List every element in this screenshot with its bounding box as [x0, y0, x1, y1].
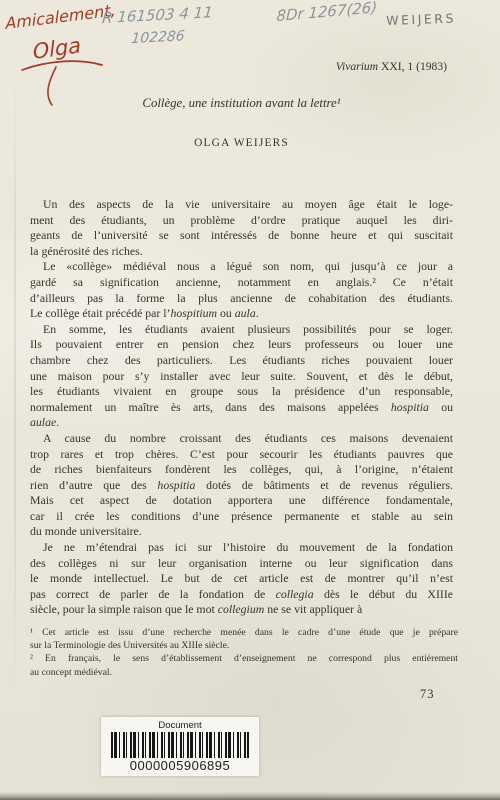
- barcode-sticker-label: Document: [101, 720, 259, 731]
- footnotes: ¹ Cet article est issu d’une recherche m…: [30, 626, 458, 679]
- handwritten-dedication: Amicalement,: [5, 0, 116, 33]
- accession-number-2: 102286: [131, 28, 186, 47]
- barcode-number: 0000005906895: [101, 758, 259, 774]
- journal-citation: Vivarium XXI, 1 (1983): [336, 60, 447, 73]
- paragraph-2: Le «collège» médiéval nous a légué son n…: [30, 259, 453, 321]
- article-title: Collège, une institution avant la lettre…: [30, 96, 453, 111]
- paragraph-1: Un des aspects de la vie universitaire a…: [30, 197, 453, 259]
- footnote-2: ² En français, le sens d’établissement d…: [30, 652, 458, 678]
- page-number: 73: [420, 687, 435, 702]
- article-author: OLGA WEIJERS: [30, 137, 453, 149]
- page-bottom-edge: [0, 792, 500, 800]
- scan-crease: [14, 70, 16, 690]
- penciled-author-name: WEIJERS: [386, 11, 456, 28]
- shelfmark-annotation: 8Dr 1267(26): [276, 0, 378, 25]
- footnote-1: ¹ Cet article est issu d’une recherche m…: [30, 626, 458, 652]
- barcode-sticker: Document 0000005906895: [101, 717, 259, 776]
- accession-number-1: R 161503 4 11: [101, 3, 213, 27]
- paragraph-4: A cause du nombre croissant des étudiant…: [30, 431, 453, 540]
- scanned-article-page: Amicalement, Olga R 161503 4 11 102286 8…: [0, 0, 500, 800]
- journal-issue: XXI, 1 (1983): [378, 60, 447, 73]
- barcode-icon: [111, 732, 249, 758]
- article-body: Un des aspects de la vie universitaire a…: [30, 197, 453, 618]
- paragraph-5: Je ne m’étendrai pas ici sur l’histoire …: [30, 540, 453, 618]
- paragraph-3: En somme, les étudiants avaient plusieur…: [30, 322, 453, 431]
- journal-name: Vivarium: [336, 60, 378, 73]
